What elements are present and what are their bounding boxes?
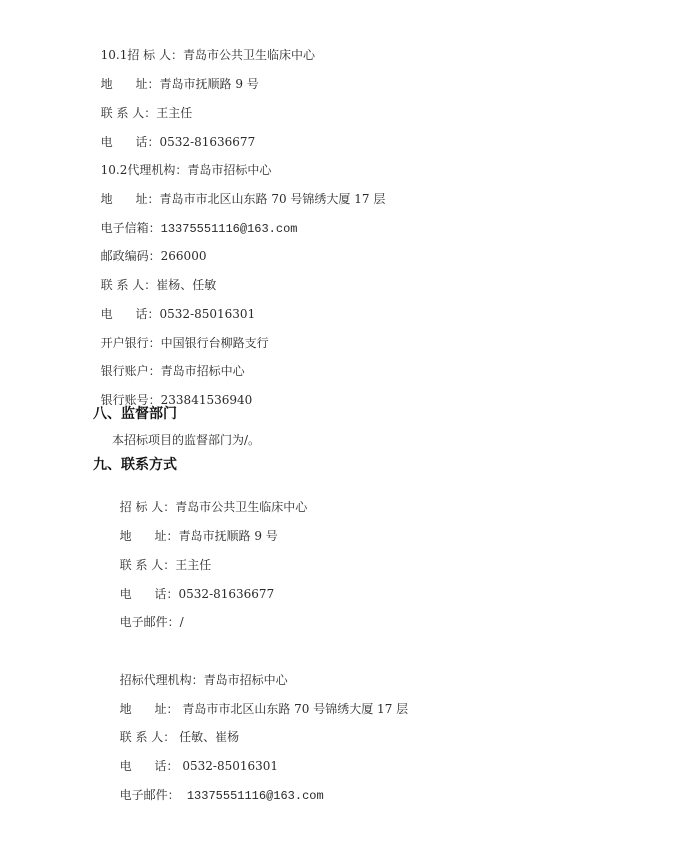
tenderer-label: 招 标 人： xyxy=(120,500,176,514)
tenderer-phone: 0532-81636677 xyxy=(179,587,275,601)
agency-contact: 任敏、崔杨 xyxy=(175,730,239,744)
bank-label: 开户银行： xyxy=(101,336,161,350)
agency-address: 青岛市市北区山东路 70 号锦绣大厦 17 层 xyxy=(160,192,386,206)
agency-postcode: 266000 xyxy=(161,249,207,263)
agency-contact-line: 联 系 人：崔杨、任敏 xyxy=(93,264,216,292)
agency-name: 青岛市招标中心 xyxy=(187,163,271,177)
agency-label: 10.2代理机构： xyxy=(101,163,188,177)
tenderer-phone-line: 电 话：0532-81636677 xyxy=(93,121,255,149)
agency-name: 青岛市招标中心 xyxy=(204,673,288,687)
agency-bank: 中国银行台柳路支行 xyxy=(161,336,269,350)
contact-label: 联 系 人： xyxy=(101,106,157,120)
postcode-label: 邮政编码： xyxy=(101,249,161,263)
agency-phone: 0532-85016301 xyxy=(179,759,279,773)
phone-label: 电 话： xyxy=(101,135,160,149)
agency-email-line: 电子信箱：13375551116@163.com xyxy=(93,207,297,236)
tenderer-address-line: 地 址：青岛市抚顺路 9 号 xyxy=(93,63,259,91)
agency-label: 招标代理机构： xyxy=(120,673,204,687)
tenderer-email: / xyxy=(180,615,184,629)
contact-label: 联 系 人： xyxy=(120,730,176,744)
agency-account-no: 233841536940 xyxy=(161,393,253,407)
address-label: 地 址： xyxy=(120,529,179,543)
contact-agency-email-line: 电子邮件： 13375551116@163.com xyxy=(112,774,324,803)
phone-label: 电 话： xyxy=(120,759,179,773)
tenderer-contact-line: 联 系 人：王主任 xyxy=(93,92,192,120)
contact-agency-name-line: 招标代理机构：青岛市招标中心 xyxy=(112,659,288,687)
email-label: 电子邮件： xyxy=(120,788,180,802)
agency-email: 13375551116@163.com xyxy=(161,222,298,236)
address-label: 地 址： xyxy=(101,192,160,206)
contact-label: 联 系 人： xyxy=(101,278,157,292)
agency-postcode-line: 邮政编码：266000 xyxy=(93,235,206,263)
agency-name-line: 10.2代理机构：青岛市招标中心 xyxy=(93,149,271,177)
section-heading-supervision: 八、监督部门 xyxy=(93,406,177,422)
supervision-body: 本招标项目的监督部门为/。 xyxy=(112,433,260,447)
agency-bank-line: 开户银行：中国银行台柳路支行 xyxy=(93,322,269,350)
address-label: 地 址： xyxy=(120,702,179,716)
contact-agency-contact-line: 联 系 人： 任敏、崔杨 xyxy=(112,716,239,744)
tenderer-address: 青岛市抚顺路 9 号 xyxy=(160,77,259,91)
phone-label: 电 话： xyxy=(101,307,160,321)
contact-agency-phone-line: 电 话： 0532-85016301 xyxy=(112,745,278,773)
contact-agency-address-line: 地 址： 青岛市市北区山东路 70 号锦绣大厦 17 层 xyxy=(112,688,408,716)
agency-account-name: 青岛市招标中心 xyxy=(161,364,245,378)
tenderer-phone: 0532-81636677 xyxy=(160,135,256,149)
tenderer-contact: 王主任 xyxy=(156,106,192,120)
address-label: 地 址： xyxy=(101,77,160,91)
email-label: 电子邮件： xyxy=(120,615,180,629)
contact-tenderer-name-line: 招 标 人：青岛市公共卫生临床中心 xyxy=(112,486,307,514)
contact-tenderer-email-line: 电子邮件：/ xyxy=(112,601,184,629)
tenderer-name: 青岛市公共卫生临床中心 xyxy=(183,48,315,62)
contact-tenderer-contact-line: 联 系 人：王主任 xyxy=(112,544,211,572)
agency-account-name-line: 银行账户：青岛市招标中心 xyxy=(93,350,245,378)
agency-phone-line: 电 话：0532-85016301 xyxy=(93,293,255,321)
contact-label: 联 系 人： xyxy=(120,558,176,572)
account-name-label: 银行账户： xyxy=(101,364,161,378)
contact-tenderer-phone-line: 电 话：0532-81636677 xyxy=(112,573,274,601)
agency-account-no-line: 银行账号：233841536940 xyxy=(93,379,252,407)
tenderer-label: 10.1招 标 人： xyxy=(101,48,183,62)
phone-label: 电 话： xyxy=(120,587,179,601)
agency-address: 青岛市市北区山东路 70 号锦绣大厦 17 层 xyxy=(179,702,409,716)
agency-phone: 0532-85016301 xyxy=(160,307,256,321)
agency-contact: 崔杨、任敏 xyxy=(156,278,216,292)
contact-tenderer-address-line: 地 址：青岛市抚顺路 9 号 xyxy=(112,515,278,543)
tenderer-address: 青岛市抚顺路 9 号 xyxy=(179,529,278,543)
section-heading-contact: 九、联系方式 xyxy=(93,457,177,473)
tenderer-name-line: 10.1招 标 人：青岛市公共卫生临床中心 xyxy=(93,34,315,62)
account-no-label: 银行账号： xyxy=(101,393,161,407)
agency-address-line: 地 址：青岛市市北区山东路 70 号锦绣大厦 17 层 xyxy=(93,178,385,206)
email-label: 电子信箱： xyxy=(101,221,161,235)
tenderer-name: 青岛市公共卫生临床中心 xyxy=(175,500,307,514)
tenderer-contact: 王主任 xyxy=(175,558,211,572)
agency-email: 13375551116@163.com xyxy=(180,789,324,803)
